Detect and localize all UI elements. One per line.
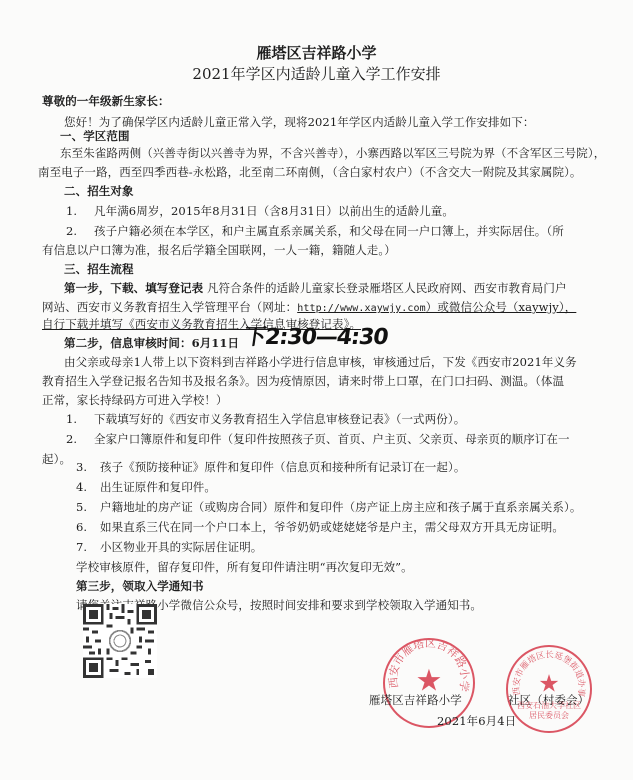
material-item-4-num: 4. — [76, 480, 87, 494]
signature-school: 雁塔区吉祥路小学 — [369, 693, 462, 707]
document-page: 雁塔区吉祥路小学 2021年学区内适龄儿童入学工作安排 尊敬的一年级新生家长： … — [0, 0, 633, 780]
platform-url-link[interactable]: http://www.xaywjy.com — [297, 303, 426, 314]
material-item-7-num: 7. — [76, 540, 87, 554]
section-heading-district: 一、学区范围 — [60, 129, 130, 143]
material-item-6: 如果直系三代在同一个户口本上，爷爷奶奶或姥姥姥爷是户主，需父母双方开具无房证明。 — [100, 520, 564, 534]
community-seal-inner-2: 居民委员会 — [508, 711, 590, 721]
material-item-6-num: 6. — [76, 520, 87, 534]
district-text-line2: 南至电子一路，西至四季西巷-永松路，北至南二环南侧，（含白家村农户）（不含交大一… — [38, 165, 582, 179]
material-item-4: 出生证原件和复印件。 — [100, 480, 216, 494]
signature-community: 社区（村委会） — [508, 693, 589, 707]
district-text-line1: 东至朱雀路两侧（兴善寺街以兴善寺为界，不含兴善寺），小寨西路以军区三号院为界（不… — [60, 146, 605, 160]
document-title-school: 雁塔区吉祥路小学 — [0, 44, 633, 62]
eligibility-item-1-num: 1. — [66, 204, 77, 218]
material-item-2: 全家户口簿原件和复印件（复印件按照孩子页、首页、户主页、父亲页、母亲页的顺序订在… — [94, 432, 570, 446]
material-item-1: 下载填写好的《西安市义务教育招生入学信息审核登记表》（一式两份）。 — [94, 412, 465, 426]
step1-label: 第一步，下载、填写登记表 — [64, 281, 203, 295]
step1-text: 凡符合条件的适龄儿童家长登录雁塔区人民政府网、西安市教育局门户 — [203, 281, 566, 295]
wechat-account-text: ）或微信公众号（xaywjy）， — [426, 300, 577, 314]
step2-line2: 教育招生入学登记报名告知书及报名条》。因为疫情原因，请来时带上口罩，在门口扫码、… — [42, 374, 564, 388]
step2-label: 第二步，信息审核时间：6月11日 — [64, 336, 239, 350]
step2-line1: 由父亲或母亲1人带上以下资料到吉祥路小学进行信息审核，审核通过后，下发《西安市2… — [64, 355, 577, 369]
material-item-7: 小区物业开具的实际居住证明。 — [100, 540, 262, 554]
seal-star-icon: ★ — [416, 667, 443, 697]
eligibility-item-2-line2: 有信息以户口簿为准，报名后学籍全国联网，一人一籍，籍随人走。） — [42, 243, 396, 257]
eligibility-item-1: 凡年满6周岁，2015年8月31日（含8月31日）以前出生的适龄儿童。 — [94, 204, 454, 218]
handwritten-time-annotation: 下2:30—4:30 — [242, 326, 389, 350]
intro-paragraph: 您好！为了确保学区内适龄儿童正常入学，现将2021年学区内适龄儿童入学工作安排如… — [64, 115, 534, 129]
material-item-3-num: 3. — [76, 460, 87, 474]
material-item-3: 孩子《预防接种证》原件和复印件（信息页和接种所有记录订在一起）。 — [100, 460, 465, 474]
material-item-5-num: 5. — [76, 500, 87, 514]
step3-label: 第三步，领取入学通知书 — [76, 579, 204, 593]
material-item-2-num: 2. — [66, 432, 77, 446]
material-item-5: 户籍地址的房产证（或购房合同）原件和复印件（房产证上房主应和孩子属于直系亲属关系… — [100, 500, 581, 514]
document-title-main: 2021年学区内适龄儿童入学工作安排 — [0, 65, 633, 83]
section-heading-eligibility: 二、招生对象 — [64, 184, 134, 198]
qr-code-image — [83, 603, 157, 679]
step1-line2-prefix: 网站、西安市义务教育招生入学管理平台（网址： — [42, 300, 297, 314]
step1-line1: 第一步，下载、填写登记表 凡符合条件的适龄儿童家长登录雁塔区人民政府网、西安市教… — [64, 281, 567, 295]
step1-line2: 网站、西安市义务教育招生入学管理平台（网址：http://www.xaywjy.… — [42, 300, 576, 316]
section-heading-process: 三、招生流程 — [64, 262, 134, 276]
step2-line3: 正常，家长持绿码方可进入学校！） — [42, 393, 228, 407]
eligibility-item-2-line1: 孩子户籍必须在本学区，和户主属直系亲属关系，和父母在同一户口簿上，并实际居住。（… — [94, 224, 564, 238]
signature-date: 2021年6月4日 — [437, 714, 516, 728]
salutation: 尊敬的一年级新生家长： — [42, 94, 170, 108]
community-official-seal: 西安市雁塔区长延堡街道办事处 ★ 西安石油大学社区 居民委员会 — [506, 645, 592, 733]
review-note: 学校审核原件，留存复印件，所有复印件请注明“再次复印无效”。 — [76, 560, 413, 574]
material-item-2-cont: 起）。 — [42, 452, 71, 466]
material-item-1-num: 1. — [66, 412, 77, 426]
eligibility-item-2-num: 2. — [66, 224, 77, 238]
